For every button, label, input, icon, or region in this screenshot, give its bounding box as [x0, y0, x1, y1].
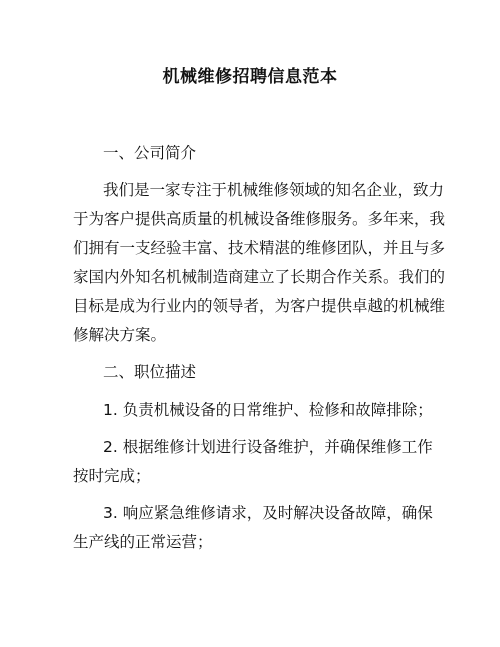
paragraph-line: 修解决方案。	[73, 325, 433, 345]
list-item-2-cont: 按时完成；	[73, 466, 433, 486]
paragraph-line: 目标是成为行业内的领导者，为客户提供卓越的机械维	[73, 296, 433, 316]
document-page: 机械维修招聘信息范本 一、公司简介 我们是一家专注于机械维修领域的知名企业，致力…	[0, 0, 500, 647]
paragraph-line: 家国内外知名机械制造商建立了长期合作关系。我们的	[73, 267, 433, 287]
document-title: 机械维修招聘信息范本	[0, 62, 500, 87]
list-item-2: 2. 根据维修计划进行设备维护，并确保维修工作	[103, 437, 463, 457]
paragraph-line: 我们是一家专注于机械维修领域的知名企业，致力	[103, 180, 463, 200]
paragraph-line: 于为客户提供高质量的机械设备维修服务。多年来，我	[73, 209, 433, 229]
section-heading-company-intro: 一、公司简介	[103, 143, 463, 163]
paragraph-line: 们拥有一支经验丰富、技术精湛的维修团队，并且与多	[73, 238, 433, 258]
list-item-3-cont: 生产线的正常运营；	[73, 532, 433, 552]
section-heading-job-description: 二、职位描述	[103, 362, 463, 382]
list-item-3: 3. 响应紧急维修请求，及时解决设备故障，确保	[103, 503, 463, 523]
list-item-1: 1. 负责机械设备的日常维护、检修和故障排除；	[103, 400, 463, 420]
